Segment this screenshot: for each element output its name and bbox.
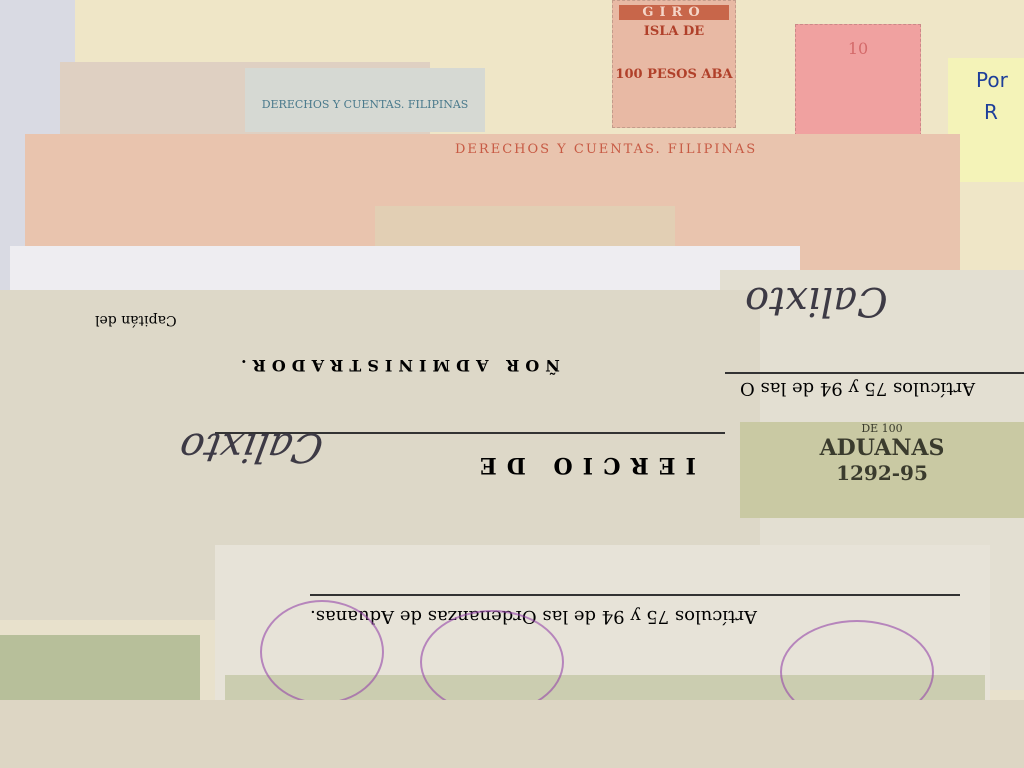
signature-top: Calixto [745, 278, 888, 324]
note-line-1: Por [976, 64, 1024, 96]
blue-stamp-text: DERECHOS Y CUENTAS. FILIPINAS [245, 98, 485, 111]
aduanas-year: 1292-95 [740, 461, 1024, 485]
note-line-2: R [976, 96, 1024, 128]
aduanas-title: ADUANAS [740, 435, 1024, 461]
green-stamp-strip [0, 635, 200, 705]
stamp-row-upper: DERECHOS Y CUENTAS. FILIPINAS [60, 62, 430, 134]
signature-left: Calixto [176, 424, 327, 470]
rule-3 [310, 594, 960, 596]
rule-2 [725, 372, 1024, 374]
blue-stamp: DERECHOS Y CUENTAS. FILIPINAS [245, 68, 485, 132]
giro-stamp: GIRO ISLA DE 100 PESOS ABA [612, 0, 736, 128]
bottom-documents [0, 700, 1024, 768]
pink-stamp-value: 10 [796, 39, 920, 58]
giro-line1: ISLA DE [613, 24, 735, 39]
articulos-top-text: Artículos 75 y 94 de las O [740, 378, 975, 399]
purple-seal-1 [260, 600, 384, 704]
administrador-text: ÑOR ADMINISTRADOR. [235, 356, 560, 375]
comercio-text: IERCIO DE [470, 452, 696, 478]
aduanas-denomination: DE 100 [740, 422, 1024, 435]
giro-line2: 100 PESOS ABA [613, 67, 735, 82]
aduanas-stamp: DE 100 ADUANAS 1292-95 [740, 422, 1024, 518]
giro-header: GIRO [619, 5, 729, 20]
red-stamp-text: DERECHOS Y CUENTAS. FILIPINAS [455, 142, 757, 157]
capitan-text: Capitán del [95, 312, 177, 328]
purple-seal-2 [420, 610, 564, 714]
pink-stamp: 10 [795, 24, 921, 136]
